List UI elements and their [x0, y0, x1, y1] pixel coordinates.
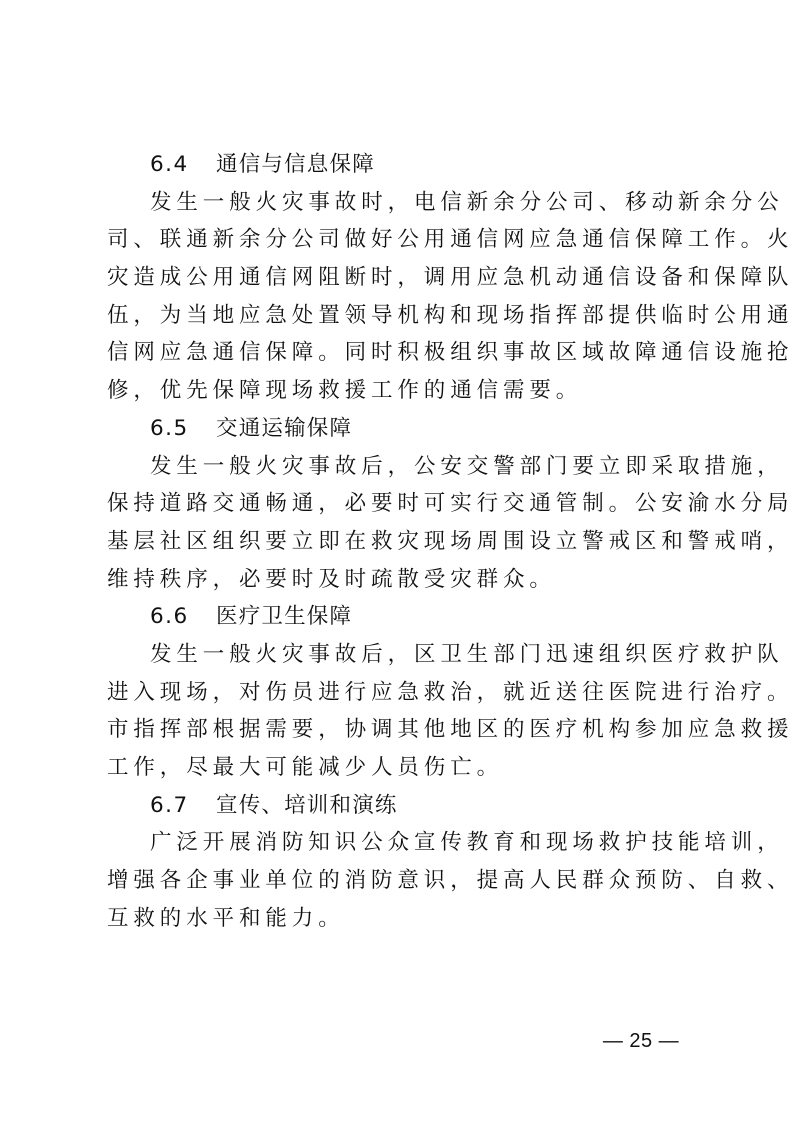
section-heading-6-5: 6.5交通运输保障	[107, 410, 691, 448]
section-title: 宣传、培训和演练	[216, 793, 398, 818]
section-title: 交通运输保障	[216, 416, 352, 441]
section-number: 6.5	[150, 410, 216, 448]
paragraph-line: 进入现场，对伤员进行应急救治，就近送往医院进行治疗。	[107, 674, 691, 712]
paragraph-line: 工作，尽最大可能减少人员伤亡。	[107, 749, 691, 787]
section-title: 通信与信息保障	[216, 152, 375, 177]
document-body: 6.4通信与信息保障 发生一般火灾事故时，电信新余分公司、移动新余分公 司、联通…	[107, 146, 691, 937]
section-number: 6.7	[150, 787, 216, 825]
paragraph-line: 信网应急通信保障。同时积极组织事故区域故障通信设施抢	[107, 334, 691, 372]
document-page: 6.4通信与信息保障 发生一般火灾事故时，电信新余分公司、移动新余分公 司、联通…	[0, 0, 793, 1122]
paragraph-line: 增强各企事业单位的消防意识，提高人民群众预防、自救、	[107, 862, 691, 900]
paragraph-line: 灾造成公用通信网阻断时，调用应急机动通信设备和保障队	[107, 259, 691, 297]
paragraph-line: 广泛开展消防知识公众宣传教育和现场救护技能培训，	[107, 824, 691, 862]
section-title: 医疗卫生保障	[216, 604, 352, 629]
paragraph-line: 基层社区组织要立即在救灾现场周围设立警戒区和警戒哨，	[107, 523, 691, 561]
paragraph-line: 司、联通新余分公司做好公用通信网应急通信保障工作。火	[107, 221, 691, 259]
paragraph-line: 维持秩序，必要时及时疏散受灾群众。	[107, 561, 691, 599]
paragraph-line: 保持道路交通畅通，必要时可实行交通管制。公安渝水分局、	[107, 485, 691, 523]
paragraph-line: 互救的水平和能力。	[107, 900, 691, 938]
section-heading-6-4: 6.4通信与信息保障	[107, 146, 691, 184]
paragraph-line: 修，优先保障现场救援工作的通信需要。	[107, 372, 691, 410]
page-number: — 25 —	[600, 1030, 682, 1053]
paragraph-line: 发生一般火灾事故后，公安交警部门要立即采取措施，	[107, 448, 691, 486]
section-number: 6.6	[150, 598, 216, 636]
paragraph-line: 发生一般火灾事故时，电信新余分公司、移动新余分公	[107, 184, 691, 222]
section-heading-6-6: 6.6医疗卫生保障	[107, 598, 691, 636]
paragraph-line: 市指挥部根据需要，协调其他地区的医疗机构参加应急救援	[107, 711, 691, 749]
section-number: 6.4	[150, 146, 216, 184]
section-heading-6-7: 6.7宣传、培训和演练	[107, 787, 691, 825]
paragraph-line: 发生一般火灾事故后，区卫生部门迅速组织医疗救护队	[107, 636, 691, 674]
paragraph-line: 伍，为当地应急处置领导机构和现场指挥部提供临时公用通	[107, 297, 691, 335]
